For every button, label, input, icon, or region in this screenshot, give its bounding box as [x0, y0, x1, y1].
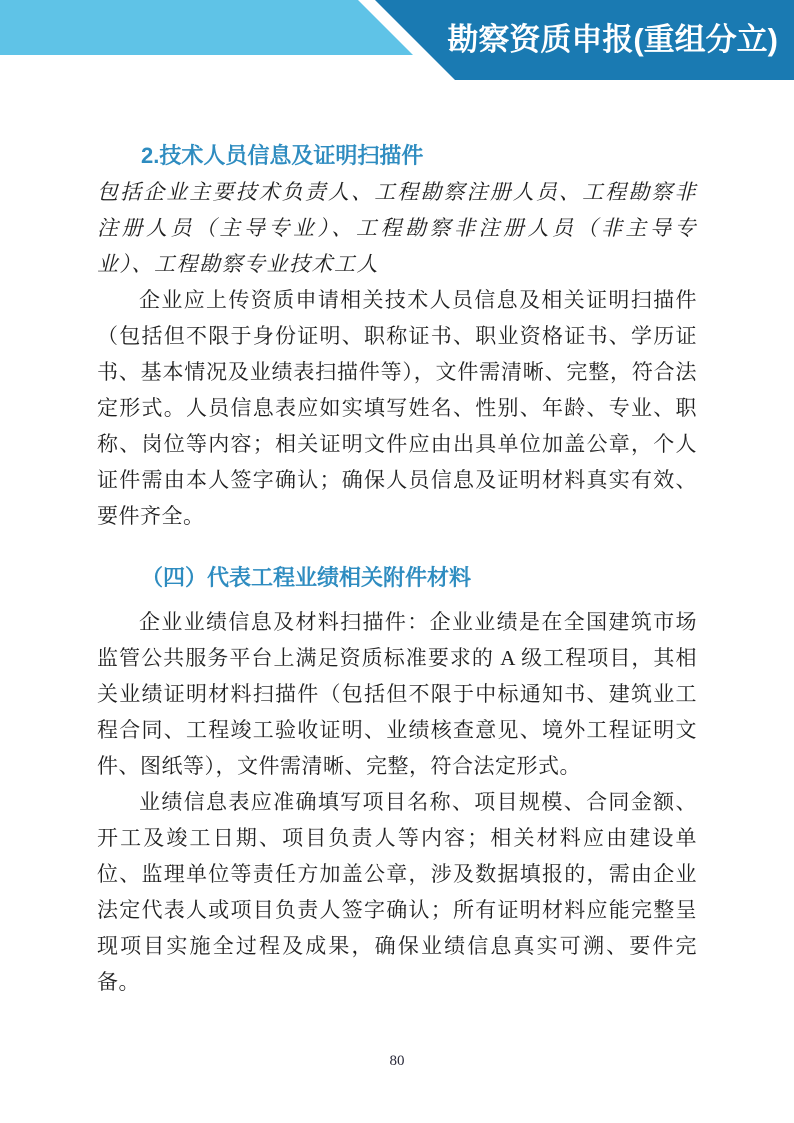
- header-light-band-shape: [0, 0, 420, 55]
- section-heading-project-performance: （四）代表工程业绩相关附件材料: [97, 560, 697, 596]
- performance-paragraph-1: 企业业绩信息及材料扫描件：企业业绩是在全国建筑市场监管公共服务平台上满足资质标准…: [97, 604, 697, 784]
- page-title: 勘察资质申报(重组分立): [447, 0, 794, 80]
- tech-personnel-paragraph: 企业应上传资质申请相关技术人员信息及相关证明扫描件（包括但不限于身份证明、职称证…: [97, 282, 697, 534]
- section-heading-tech-personnel: 2.技术人员信息及证明扫描件: [97, 138, 697, 174]
- page-number: 80: [0, 1053, 794, 1070]
- document-body: 2.技术人员信息及证明扫描件 包括企业主要技术负责人、工程勘察注册人员、工程勘察…: [0, 80, 794, 1000]
- tech-personnel-scope-italic-text: 包括企业主要技术负责人、工程勘察注册人员、工程勘察非注册人员（主导专业）、工程勘…: [97, 174, 697, 282]
- performance-paragraph-2: 业绩信息表应准确填写项目名称、项目规模、合同金额、开工及竣工日期、项目负责人等内…: [97, 784, 697, 1000]
- document-page: 勘察资质申报(重组分立) 2.技术人员信息及证明扫描件 包括企业主要技术负责人、…: [0, 0, 794, 1123]
